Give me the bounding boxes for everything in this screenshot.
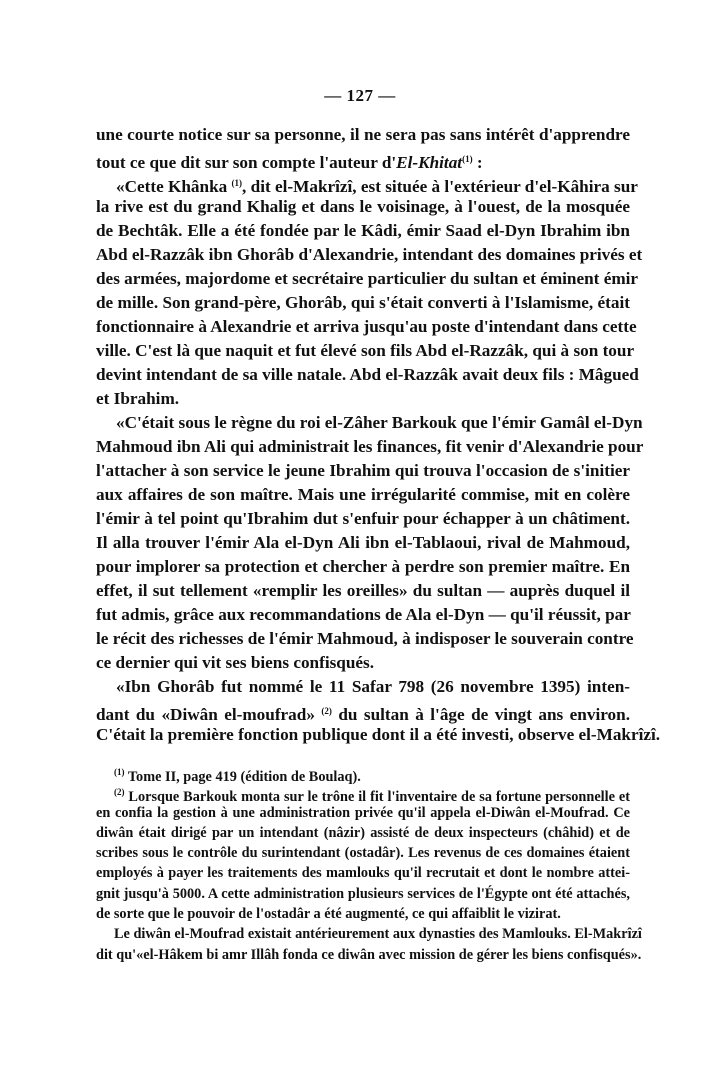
footnote-1: (1) Tome II, page 419 (édition de Boulaq… (96, 762, 630, 782)
text-line: et Ibrahim. (96, 387, 630, 411)
footnote-line: Le diwân el-Moufrad existait antérieurem… (96, 924, 630, 944)
text-line: Il alla trouver l'émir Ala el-Dyn Ali ib… (96, 531, 630, 555)
text-line: «C'était sous le règne du roi el-Zâher B… (96, 411, 630, 435)
main-text: une courte notice sur sa personne, il ne… (96, 123, 630, 747)
text-line: ce dernier qui vit ses biens confisqués. (96, 651, 630, 675)
text-line: fonctionnaire à Alexandrie et arriva jus… (96, 315, 630, 339)
footnote-line: diwân était dirigé par un intendant (nâz… (96, 823, 630, 843)
text-line: effet, il sut tellement «remplir les ore… (96, 579, 630, 603)
text-line: Mahmoud ibn Ali qui administrait les fin… (96, 435, 630, 459)
text-line: le récit des richesses de l'émir Mahmoud… (96, 627, 630, 651)
footnote-line: de sorte que le pouvoir de l'ostadâr a é… (96, 904, 630, 924)
text-line: de Bechtâk. Elle a été fondée par le Kâd… (96, 219, 630, 243)
text-line: tout ce que dit sur son compte l'auteur … (96, 147, 630, 171)
text-line: dant du «Diwân el-moufrad» (2) du sultan… (96, 699, 630, 723)
footnote-ref[interactable]: (1) (232, 178, 243, 188)
text-line: aux affaires de son maître. Mais une irr… (96, 483, 630, 507)
text-line: une courte notice sur sa personne, il ne… (96, 123, 630, 147)
text-line: l'attacher à son service le jeune Ibrahi… (96, 459, 630, 483)
text-line: des armées, majordome et secrétaire part… (96, 267, 630, 291)
footnote-marker: (1) (114, 767, 125, 777)
footnote-ref[interactable]: (2) (321, 706, 332, 716)
footnotes: (1) Tome II, page 419 (édition de Boulaq… (96, 762, 630, 965)
text-line: de mille. Son grand-père, Ghorâb, qui s'… (96, 291, 630, 315)
page-number: — 127 — (0, 86, 720, 106)
text-line: pour implorer sa protection et chercher … (96, 555, 630, 579)
text-line: l'émir à tel point qu'Ibrahim dut s'enfu… (96, 507, 630, 531)
text-line: devint intendant de sa ville natale. Abd… (96, 363, 630, 387)
footnote-line: scribes sous le contrôle du surintendant… (96, 843, 630, 863)
footnote-2: (2) Lorsque Barkouk monta sur le trône i… (96, 782, 630, 802)
footnote-line: gnit jusqu'à 5000. A cette administratio… (96, 884, 630, 904)
footnote-line: employés à payer les traitements des mam… (96, 863, 630, 883)
text-line: ville. C'est là que naquit et fut élevé … (96, 339, 630, 363)
footnote-ref[interactable]: (1) (462, 154, 473, 164)
text-line: «Ibn Ghorâb fut nommé le 11 Safar 798 (2… (96, 675, 630, 699)
footnote-marker: (2) (114, 787, 125, 797)
text-line: «Cette Khânka (1), dit el-Makrîzî, est s… (96, 171, 630, 195)
text-line: C'était la première fonction publique do… (96, 723, 630, 747)
footnote-line: en confia la gestion à une administratio… (96, 803, 630, 823)
text-line: la rive est du grand Khalig et dans le v… (96, 195, 630, 219)
text-line: fut admis, grâce aux recommandations de … (96, 603, 630, 627)
footnote-line: dit qu'«el-Hâkem bi amr Illâh fonda ce d… (96, 945, 630, 965)
text-line: Abd el-Razzâk ibn Ghorâb d'Alexandrie, i… (96, 243, 630, 267)
book-title: El-Khitat (396, 153, 462, 172)
